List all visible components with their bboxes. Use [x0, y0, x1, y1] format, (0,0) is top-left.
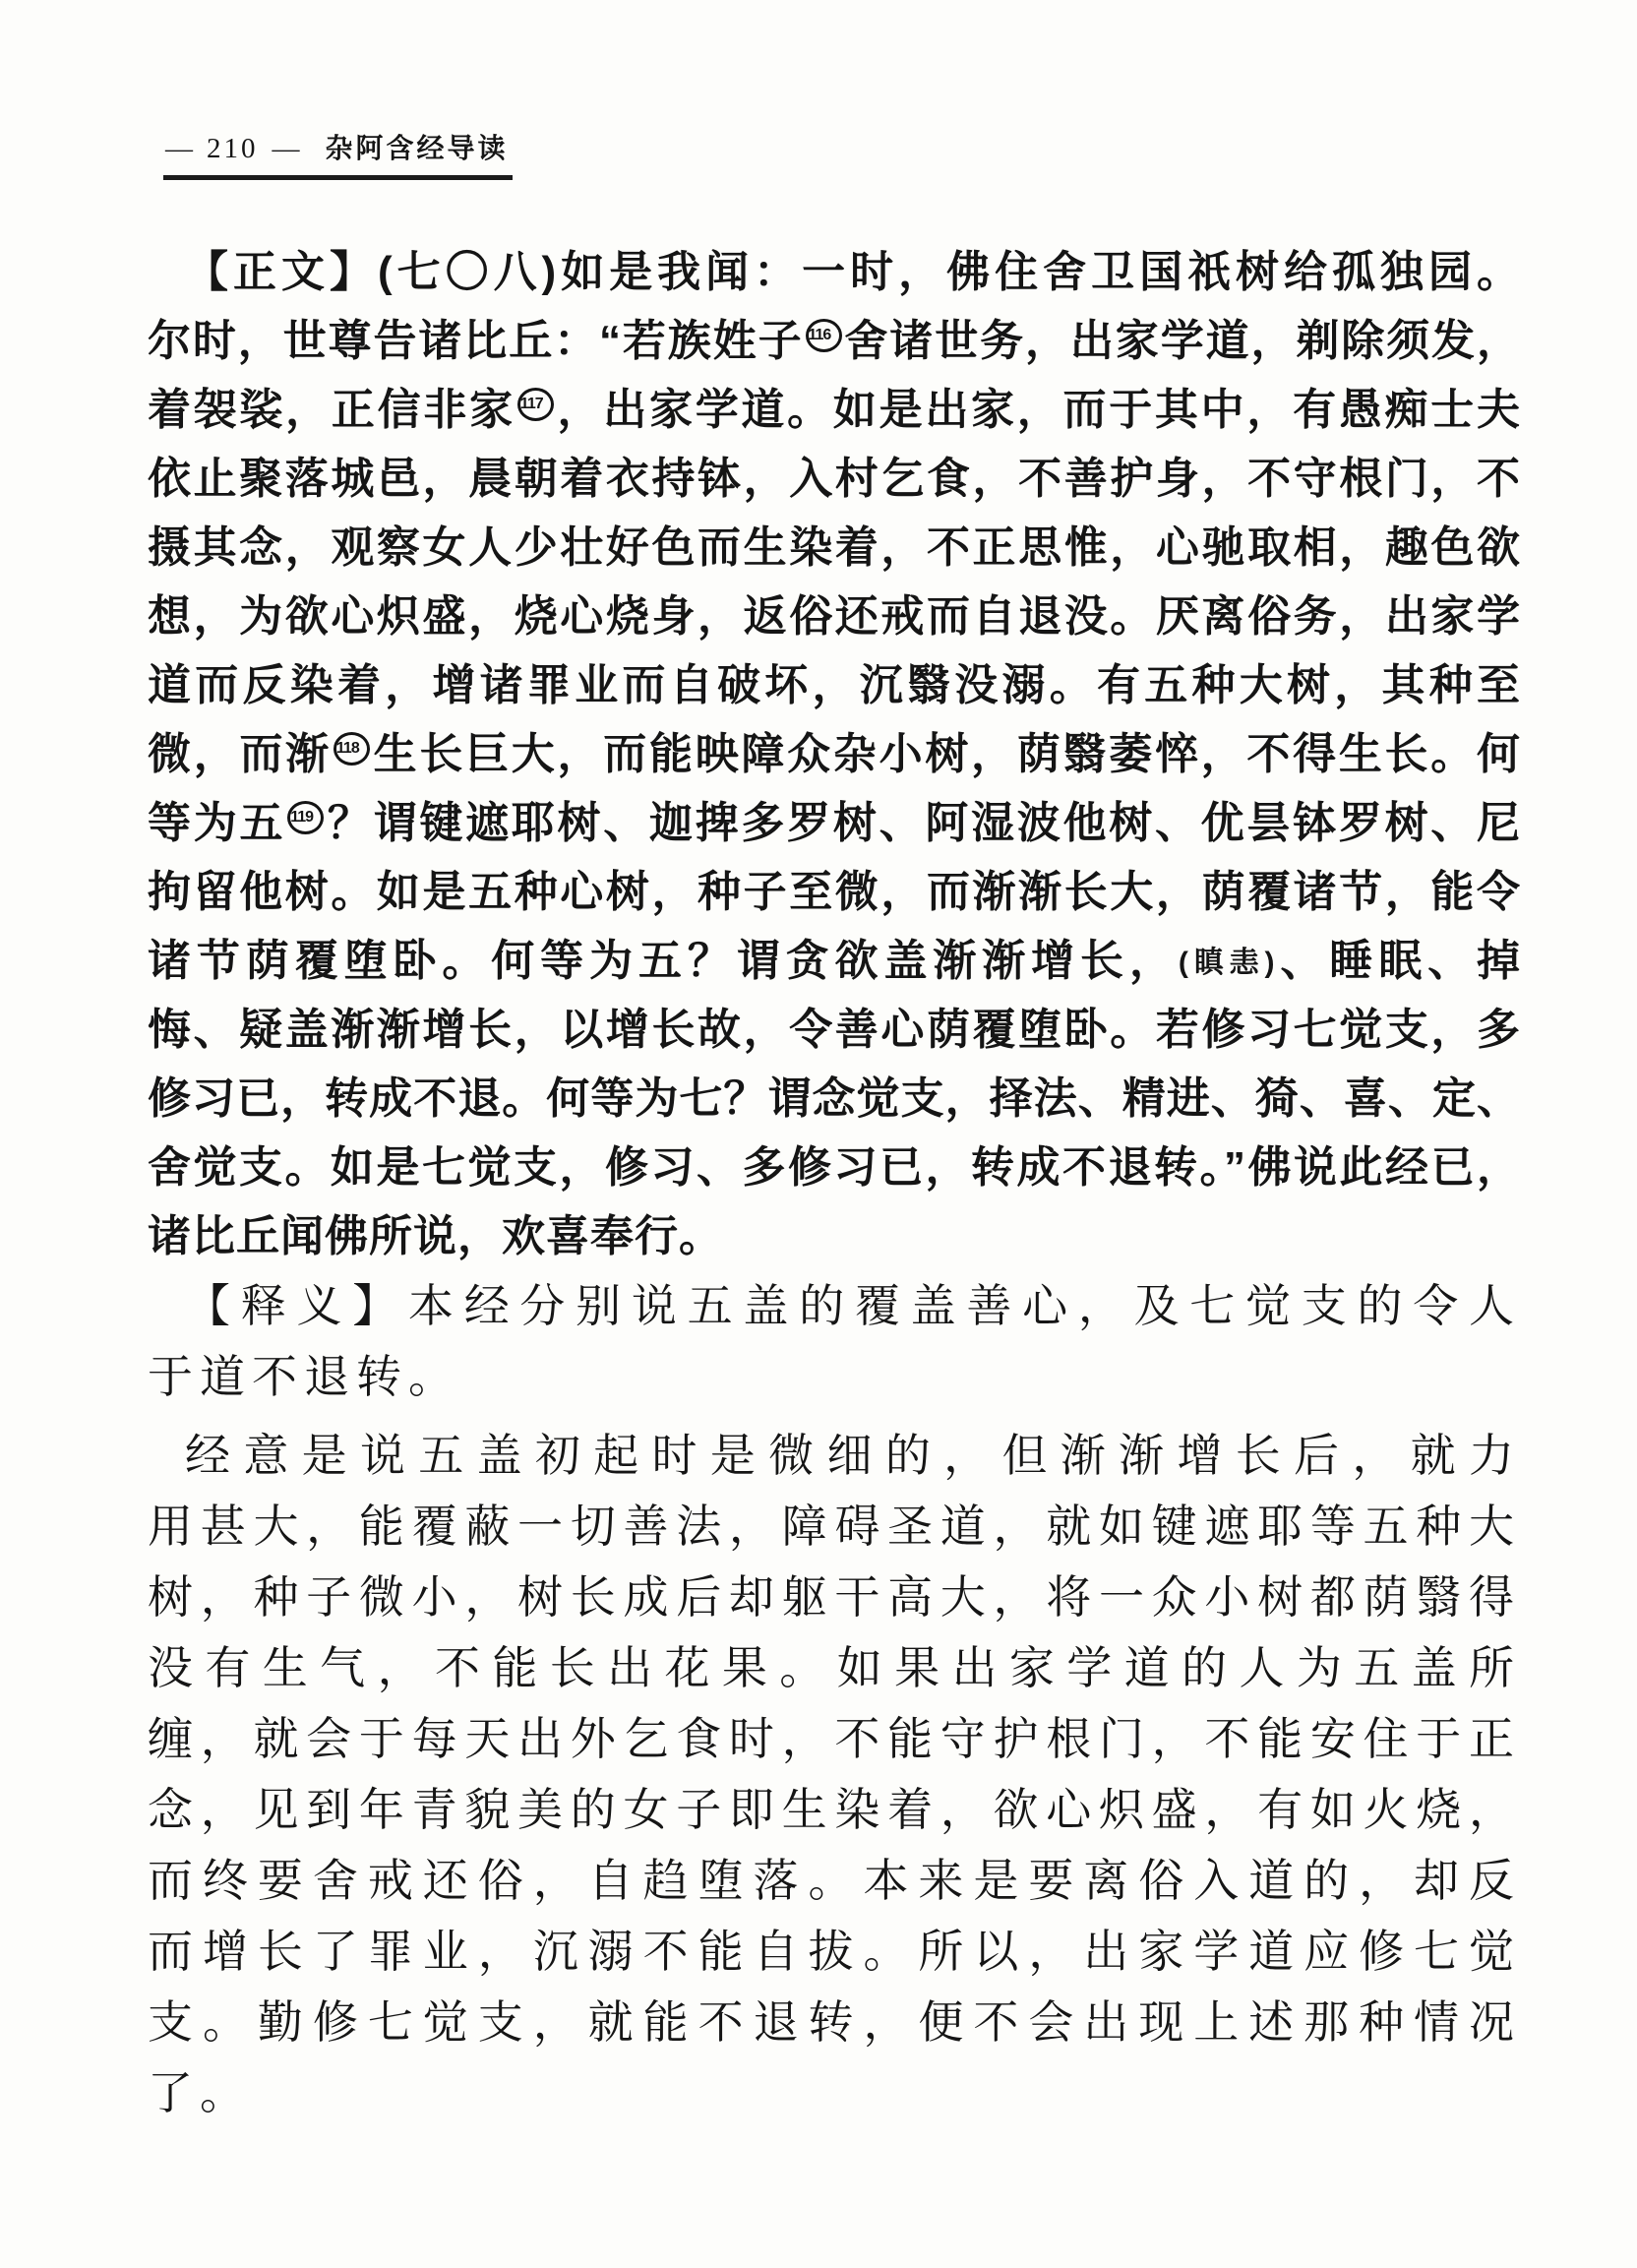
page-number-dash-right: — [273, 135, 300, 164]
paragraph-shiyi-body: 经意是说五盖初起时是微细的，但渐渐增长后，就力用甚大，能覆蔽一切善法，障碍圣道，… [148, 1421, 1521, 2129]
text-run: 微，而渐 [148, 730, 332, 778]
footnote-ref: 119 [287, 801, 324, 834]
text-run: 【释义】本经分别说五盖的覆盖善心，及七觉支的令人 [185, 1281, 1521, 1331]
text-run: 经意是说五盖初起时是微细的，但渐渐增长后，就力 [185, 1431, 1521, 1481]
text-line: 缠，就会于每天出外乞食时，不能守护根门，不能安住于正 [148, 1704, 1521, 1775]
page-body: 【正文】(七〇八)如是我闻：一时，佛住舍卫国祇树给孤独园。尔时，世尊告诸比丘：“… [148, 238, 1521, 2129]
text-run: 等为五 [148, 799, 285, 847]
text-line: 经意是说五盖初起时是微细的，但渐渐增长后，就力 [148, 1421, 1521, 1492]
text-line: 诸比丘闻佛所说，欢喜奉行。 [148, 1202, 1521, 1271]
text-line: 用甚大，能覆蔽一切善法，障碍圣道，就如键遮耶等五种大 [148, 1492, 1521, 1563]
text-line: 想，为欲心炽盛，烧心烧身，返俗还戒而自退没。厌离俗务，出家学 [148, 582, 1521, 651]
inline-note: (瞋恚) [1179, 947, 1276, 979]
text-run: 用甚大，能覆蔽一切善法，障碍圣道，就如键遮耶等五种大 [148, 1502, 1521, 1552]
footnote-ref: 117 [517, 388, 554, 421]
text-run: 舍诸世务，出家学道，剃除须发， [844, 317, 1522, 365]
text-run: 尔时，世尊告诸比丘：“若族姓子 [148, 317, 804, 365]
text-line: 悔、疑盖渐渐增长，以增长故，令善心荫覆堕卧。若修习七觉支，多 [148, 996, 1521, 1065]
text-line: 微，而渐118生长巨大，而能映障众杂小树，荫翳萎悴，不得生长。何 [148, 720, 1521, 789]
text-line: 念，见到年青貌美的女子即生染着，欲心炽盛，有如火烧， [148, 1775, 1521, 1846]
text-line: 【正文】(七〇八)如是我闻：一时，佛住舍卫国祇树给孤独园。 [148, 238, 1521, 307]
book-page: { "header": { "dash_left": "—", "page_nu… [0, 0, 1637, 2268]
text-run: 【正文】(七〇八)如是我闻：一时，佛住舍卫国祇树给孤独园。 [185, 248, 1521, 296]
text-line: 树，种子微小，树长成后却躯干高大，将一众小树都荫翳得 [148, 1563, 1521, 1633]
text-run: 而增长了罪业，沉溺不能自拔。所以，出家学道应修七觉 [148, 1927, 1521, 1977]
text-run: ？谓键遮耶树、迦捭多罗树、阿湿波他树、优昙钵罗树、尼 [326, 799, 1521, 847]
text-run: 于道不退转。 [148, 1352, 460, 1402]
text-run: ，出家学道。如是出家，而于其中，有愚痴士夫 [556, 386, 1521, 434]
paragraph-shiyi-intro: 【释义】本经分别说五盖的覆盖善心，及七觉支的令人于道不退转。 [148, 1271, 1521, 1413]
text-line: 【释义】本经分别说五盖的覆盖善心，及七觉支的令人 [148, 1271, 1521, 1342]
text-line: 依止聚落城邑，晨朝着衣持钵，入村乞食，不善护身，不守根门，不 [148, 445, 1521, 514]
text-run: 没有生气，不能长出花果。如果出家学道的人为五盖所 [148, 1643, 1521, 1693]
text-line: 尔时，世尊告诸比丘：“若族姓子116舍诸世务，出家学道，剃除须发， [148, 307, 1521, 376]
text-line: 着袈裟，正信非家117，出家学道。如是出家，而于其中，有愚痴士夫 [148, 376, 1521, 445]
text-run: 依止聚落城邑，晨朝着衣持钵，入村乞食，不善护身，不守根门，不 [148, 455, 1521, 503]
footnote-ref: 116 [806, 319, 842, 352]
text-run: 道而反染着，增诸罪业而自破坏，沉翳没溺。有五种大树，其种至 [148, 661, 1521, 709]
page-number-dash-left: — [165, 135, 193, 164]
text-run: 着袈裟，正信非家 [148, 386, 515, 434]
text-run: 摄其念，观察女人少壮好色而生染着，不正思惟，心驰取相，趣色欲 [148, 523, 1521, 572]
text-line: 支。勤修七觉支，就能不退转，便不会出现上述那种情况 [148, 1988, 1521, 2058]
text-run: 念，见到年青貌美的女子即生染着，欲心炽盛，有如火烧， [148, 1785, 1521, 1835]
text-run: 生长巨大，而能映障众杂小树，荫翳萎悴，不得生长。何 [372, 730, 1521, 778]
text-run: 拘留他树。如是五种心树，种子至微，而渐渐长大，荫覆诸节，能令 [148, 868, 1521, 916]
text-line: 而终要舍戒还俗，自趋堕落。本来是要离俗入道的，却反 [148, 1846, 1521, 1917]
text-run: 支。勤修七觉支，就能不退转，便不会出现上述那种情况 [148, 1997, 1521, 2048]
text-run: 诸节荫覆堕卧。何等为五？谓贪欲盖渐渐增长， [148, 937, 1179, 985]
text-line: 等为五119？谓键遮耶树、迦捭多罗树、阿湿波他树、优昙钵罗树、尼 [148, 789, 1521, 858]
text-line: 于道不退转。 [148, 1342, 1521, 1413]
text-line: 拘留他树。如是五种心树，种子至微，而渐渐长大，荫覆诸节，能令 [148, 858, 1521, 927]
paragraph-zhengwen: 【正文】(七〇八)如是我闻：一时，佛住舍卫国祇树给孤独园。尔时，世尊告诸比丘：“… [148, 238, 1521, 1271]
text-run: 修习已，转成不退。何等为七？谓念觉支，择法、精进、猗、喜、定、 [148, 1074, 1521, 1123]
text-line: 舍觉支。如是七觉支，修习、多修习已，转成不退转。”佛说此经已， [148, 1134, 1521, 1202]
text-line: 而增长了罪业，沉溺不能自拔。所以，出家学道应修七觉 [148, 1917, 1521, 1988]
text-run: 缠，就会于每天出外乞食时，不能守护根门，不能安住于正 [148, 1714, 1521, 1764]
book-title: 杂阿含经导读 [326, 135, 509, 164]
text-run: 诸比丘闻佛所说，欢喜奉行。 [148, 1212, 723, 1260]
text-line: 了。 [148, 2058, 1521, 2129]
text-line: 诸节荫覆堕卧。何等为五？谓贪欲盖渐渐增长，(瞋恚)、睡眠、掉 [148, 927, 1521, 996]
text-run: 树，种子微小，树长成后却躯干高大，将一众小树都荫翳得 [148, 1572, 1521, 1623]
text-line: 道而反染着，增诸罪业而自破坏，沉翳没溺。有五种大树，其种至 [148, 651, 1521, 720]
footnote-ref: 118 [333, 732, 370, 766]
text-run: 想，为欲心炽盛，烧心烧身，返俗还戒而自退没。厌离俗务，出家学 [148, 592, 1521, 641]
text-run: 、睡眠、掉 [1276, 937, 1521, 985]
text-run: 舍觉支。如是七觉支，修习、多修习已，转成不退转。”佛说此经已， [148, 1143, 1521, 1192]
text-line: 摄其念，观察女人少壮好色而生染着，不正思惟，心驰取相，趣色欲 [148, 514, 1521, 582]
text-line: 没有生气，不能长出花果。如果出家学道的人为五盖所 [148, 1633, 1521, 1704]
running-head-underline: — 210 — 杂阿含经导读 [163, 134, 513, 180]
text-run: 了。 [148, 2068, 252, 2118]
text-line: 修习已，转成不退。何等为七？谓念觉支，择法、精进、猗、喜、定、 [148, 1065, 1521, 1134]
running-head: — 210 — 杂阿含经导读 [163, 134, 513, 180]
text-run: 悔、疑盖渐渐增长，以增长故，令善心荫覆堕卧。若修习七觉支，多 [148, 1006, 1521, 1054]
page-number: 210 [207, 134, 259, 163]
text-run: 而终要舍戒还俗，自趋堕落。本来是要离俗入道的，却反 [148, 1856, 1521, 1906]
